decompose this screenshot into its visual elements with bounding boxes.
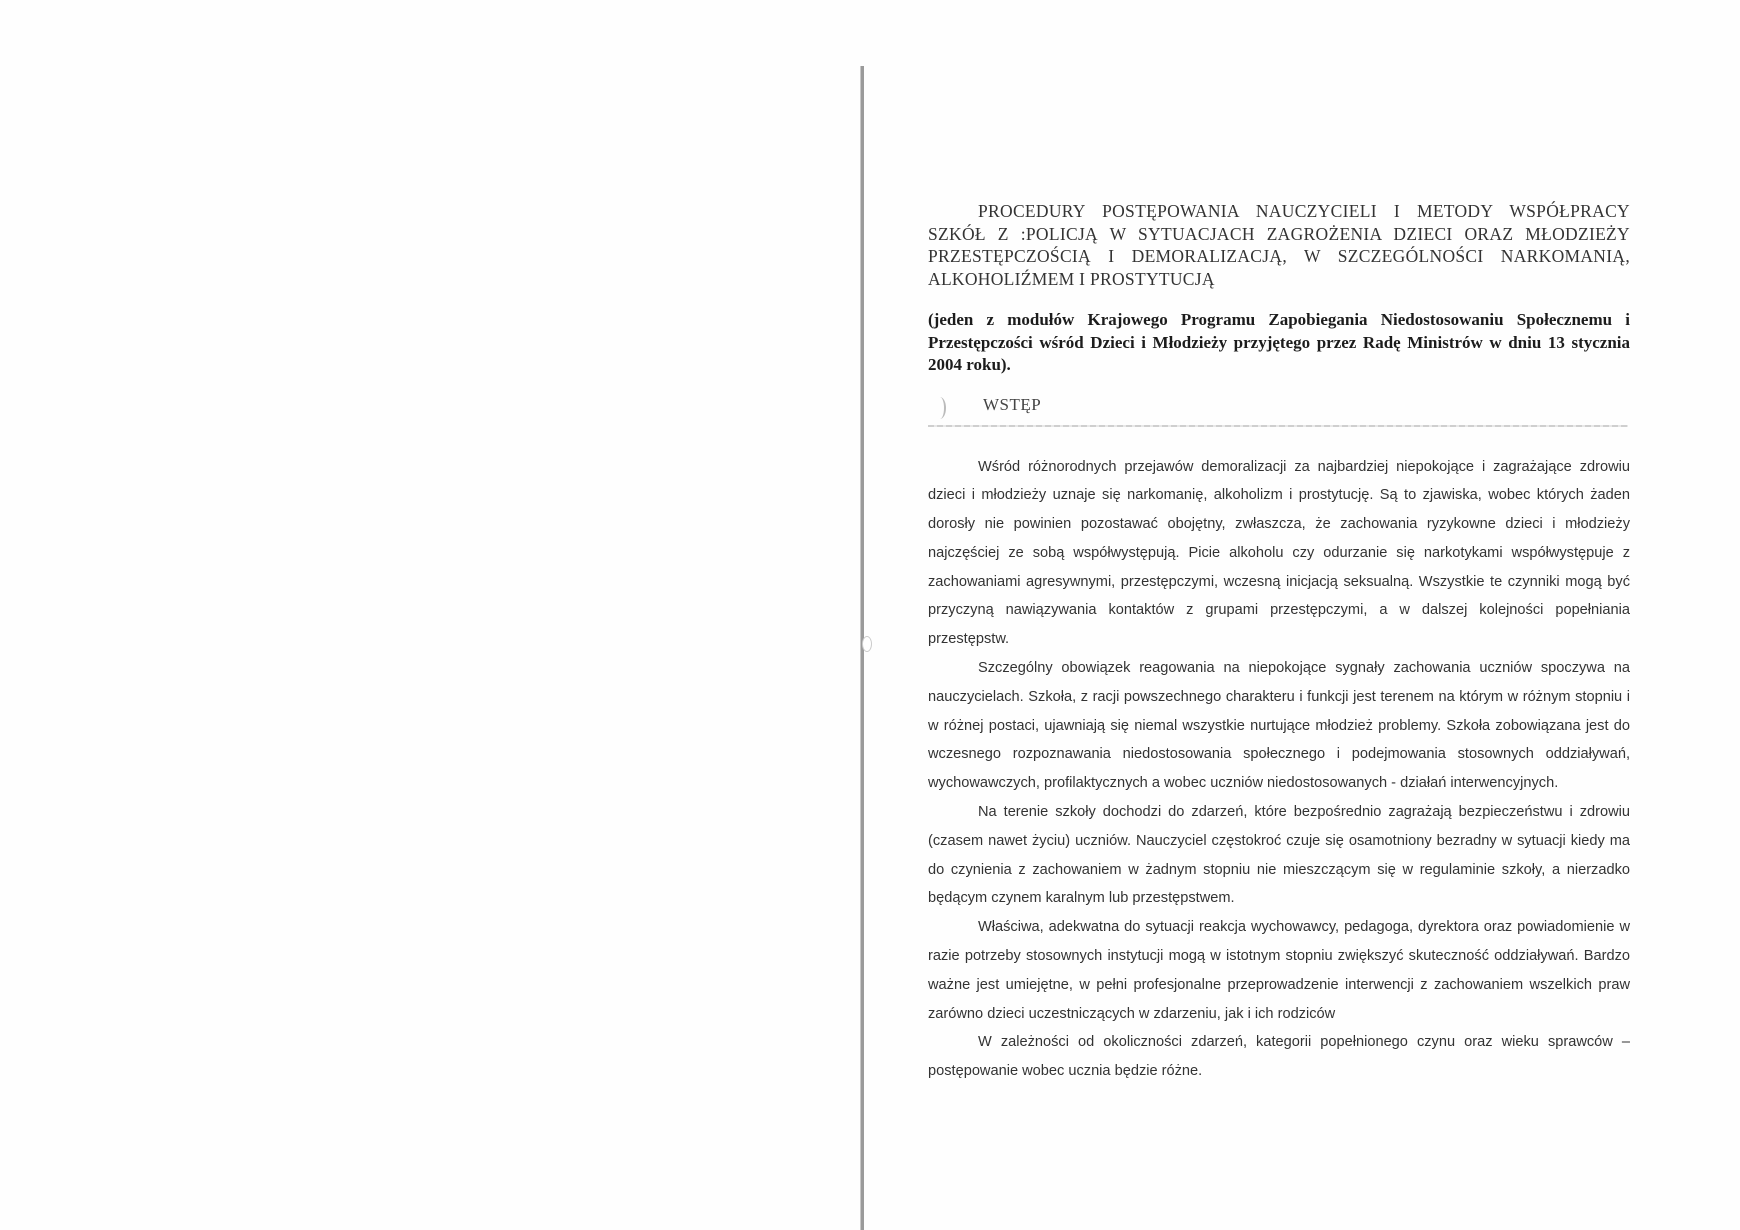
binding-hole-mark <box>862 636 872 652</box>
section-underline <box>928 425 1628 427</box>
scan-mark-icon <box>934 397 946 419</box>
paragraph: Wśród różnorodnych przejawów demoralizac… <box>928 453 1630 655</box>
paragraph: Na terenie szkoły dochodzi do zdarzeń, k… <box>928 798 1630 913</box>
section-heading: WSTĘP <box>983 395 1041 414</box>
section-header: WSTĘP <box>928 395 1630 435</box>
document-title: PROCEDURY POSTĘPOWANIA NAUCZYCIELI I MET… <box>928 200 1630 290</box>
paragraph: Szczególny obowiązek reagowania na niepo… <box>928 654 1630 798</box>
paragraph: Właściwa, adekwatna do sytuacji reakcja … <box>928 913 1630 1028</box>
document-body: Wśród różnorodnych przejawów demoralizac… <box>928 453 1630 1087</box>
paragraph: W zależności od okoliczności zdarzeń, ka… <box>928 1028 1630 1086</box>
document-subtitle: (jeden z modułów Krajowego Programu Zapo… <box>928 309 1630 377</box>
document-page: PROCEDURY POSTĘPOWANIA NAUCZYCIELI I MET… <box>928 200 1630 1086</box>
